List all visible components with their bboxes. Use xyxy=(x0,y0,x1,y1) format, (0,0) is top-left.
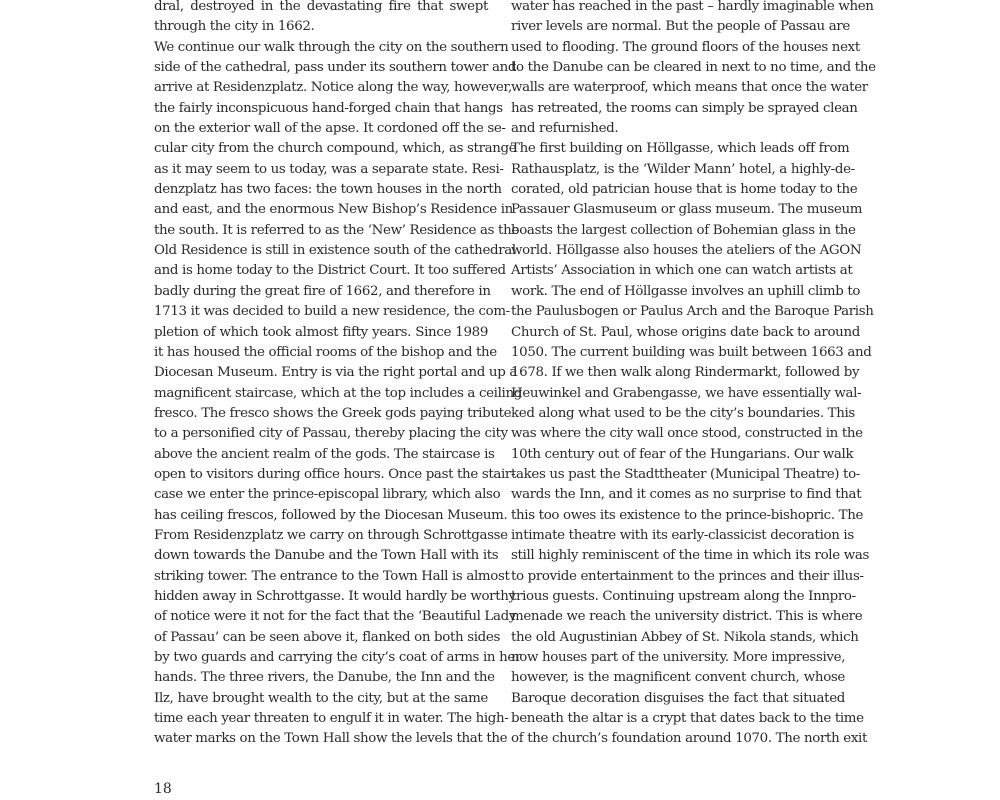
text-column-left: dral, destroyed in the devastating fire … xyxy=(154,0,488,750)
text-line: of notice were it not for the fact that … xyxy=(154,607,488,627)
text-line: time each year threaten to engulf it in … xyxy=(154,709,488,729)
text-line: as it may seem to us today, was a separa… xyxy=(154,160,488,180)
text-line: above the ancient realm of the gods. The… xyxy=(154,445,488,465)
page-number: 18 xyxy=(154,781,172,797)
text-line: dral, destroyed in the devastating fire … xyxy=(154,0,488,17)
text-line: has retreated, the rooms can simply be s… xyxy=(511,99,845,119)
text-line: Passauer Glasmuseum or glass museum. The… xyxy=(511,200,845,220)
text-line: was where the city wall once stood, cons… xyxy=(511,424,845,444)
text-line: of the church’s foundation around 1070. … xyxy=(511,729,845,749)
text-line: 10th century out of fear of the Hungaria… xyxy=(511,445,845,465)
text-line: however, is the magnificent convent chur… xyxy=(511,668,845,688)
text-line: The first building on Höllgasse, which l… xyxy=(511,139,845,159)
text-line: Old Residence is still in existence sout… xyxy=(154,241,488,261)
text-line: cular city from the church compound, whi… xyxy=(154,139,488,159)
text-line: water has reached in the past – hardly i… xyxy=(511,0,845,17)
text-column-right: water has reached in the past – hardly i… xyxy=(511,0,845,750)
text-line: 1050. The current building was built bet… xyxy=(511,343,845,363)
text-line: to provide entertainment to the princes … xyxy=(511,567,845,587)
text-line: takes us past the Stadttheater (Municipa… xyxy=(511,465,845,485)
text-line: pletion of which took almost fifty years… xyxy=(154,323,488,343)
text-line: Heuwinkel and Grabengasse, we have essen… xyxy=(511,384,845,404)
text-line: it has housed the official rooms of the … xyxy=(154,343,488,363)
text-line: 1678. If we then walk along Rindermarkt,… xyxy=(511,363,845,383)
text-line: Ilz, have brought wealth to the city, bu… xyxy=(154,689,488,709)
text-line: now houses part of the university. More … xyxy=(511,648,845,668)
text-line: river levels are normal. But the people … xyxy=(511,17,845,37)
text-line: Diocesan Museum. Entry is via the right … xyxy=(154,363,488,383)
text-line: wards the Inn, and it comes as no surpri… xyxy=(511,485,845,505)
text-line: Artists’ Association in which one can wa… xyxy=(511,261,845,281)
text-line: down towards the Danube and the Town Hal… xyxy=(154,546,488,566)
text-line: intimate theatre with its early-classici… xyxy=(511,526,845,546)
text-line: From Residenzplatz we carry on through S… xyxy=(154,526,488,546)
text-line: corated, old patrician house that is hom… xyxy=(511,180,845,200)
text-line: walls are waterproof, which means that o… xyxy=(511,78,845,98)
text-line: side of the cathedral, pass under its so… xyxy=(154,58,488,78)
text-line: used to flooding. The ground floors of t… xyxy=(511,38,845,58)
text-line: hidden away in Schrottgasse. It would ha… xyxy=(154,587,488,607)
text-line: the south. It is referred to as the ‘New… xyxy=(154,221,488,241)
text-line: denzplatz has two faces: the town houses… xyxy=(154,180,488,200)
text-line: badly during the great fire of 1662, and… xyxy=(154,282,488,302)
text-line: still highly reminiscent of the time in … xyxy=(511,546,845,566)
text-line: ked along what used to be the city’s bou… xyxy=(511,404,845,424)
text-line: Church of St. Paul, whose origins date b… xyxy=(511,323,845,343)
text-line: on the exterior wall of the apse. It cor… xyxy=(154,119,488,139)
text-line: has ceiling frescos, followed by the Dio… xyxy=(154,506,488,526)
text-line: boasts the largest collection of Bohemia… xyxy=(511,221,845,241)
text-line: We continue our walk through the city on… xyxy=(154,38,488,58)
text-line: Rathausplatz, is the ‘Wilder Mann’ hotel… xyxy=(511,160,845,180)
text-line: the old Augustinian Abbey of St. Nikola … xyxy=(511,628,845,648)
text-line: and refurnished. xyxy=(511,119,845,139)
text-line: striking tower. The entrance to the Town… xyxy=(154,567,488,587)
text-line: beneath the altar is a crypt that dates … xyxy=(511,709,845,729)
text-line: through the city in 1662. xyxy=(154,17,488,37)
text-line: Baroque decoration disguises the fact th… xyxy=(511,689,845,709)
text-line: to a personified city of Passau, thereby… xyxy=(154,424,488,444)
text-line: by two guards and carrying the city’s co… xyxy=(154,648,488,668)
text-line: the fairly inconspicuous hand-forged cha… xyxy=(154,99,488,119)
text-line: trious guests. Continuing upstream along… xyxy=(511,587,845,607)
text-line: 1713 it was decided to build a new resid… xyxy=(154,302,488,322)
text-line: of Passau’ can be seen above it, flanked… xyxy=(154,628,488,648)
text-line: and is home today to the District Court.… xyxy=(154,261,488,281)
text-line: to the Danube can be cleared in next to … xyxy=(511,58,845,78)
text-line: and east, and the enormous New Bishop’s … xyxy=(154,200,488,220)
text-line: this too owes its existence to the princ… xyxy=(511,506,845,526)
text-line: world. Höllgasse also houses the atelier… xyxy=(511,241,845,261)
text-line: open to visitors during office hours. On… xyxy=(154,465,488,485)
text-line: fresco. The fresco shows the Greek gods … xyxy=(154,404,488,424)
text-line: menade we reach the university district.… xyxy=(511,607,845,627)
text-line: case we enter the prince-episcopal libra… xyxy=(154,485,488,505)
text-line: hands. The three rivers, the Danube, the… xyxy=(154,668,488,688)
text-line: work. The end of Höllgasse involves an u… xyxy=(511,282,845,302)
text-line: water marks on the Town Hall show the le… xyxy=(154,729,488,749)
text-line: arrive at Residenzplatz. Notice along th… xyxy=(154,78,488,98)
text-line: magnificent staircase, which at the top … xyxy=(154,384,488,404)
text-line: the Paulusbogen or Paulus Arch and the B… xyxy=(511,302,845,322)
